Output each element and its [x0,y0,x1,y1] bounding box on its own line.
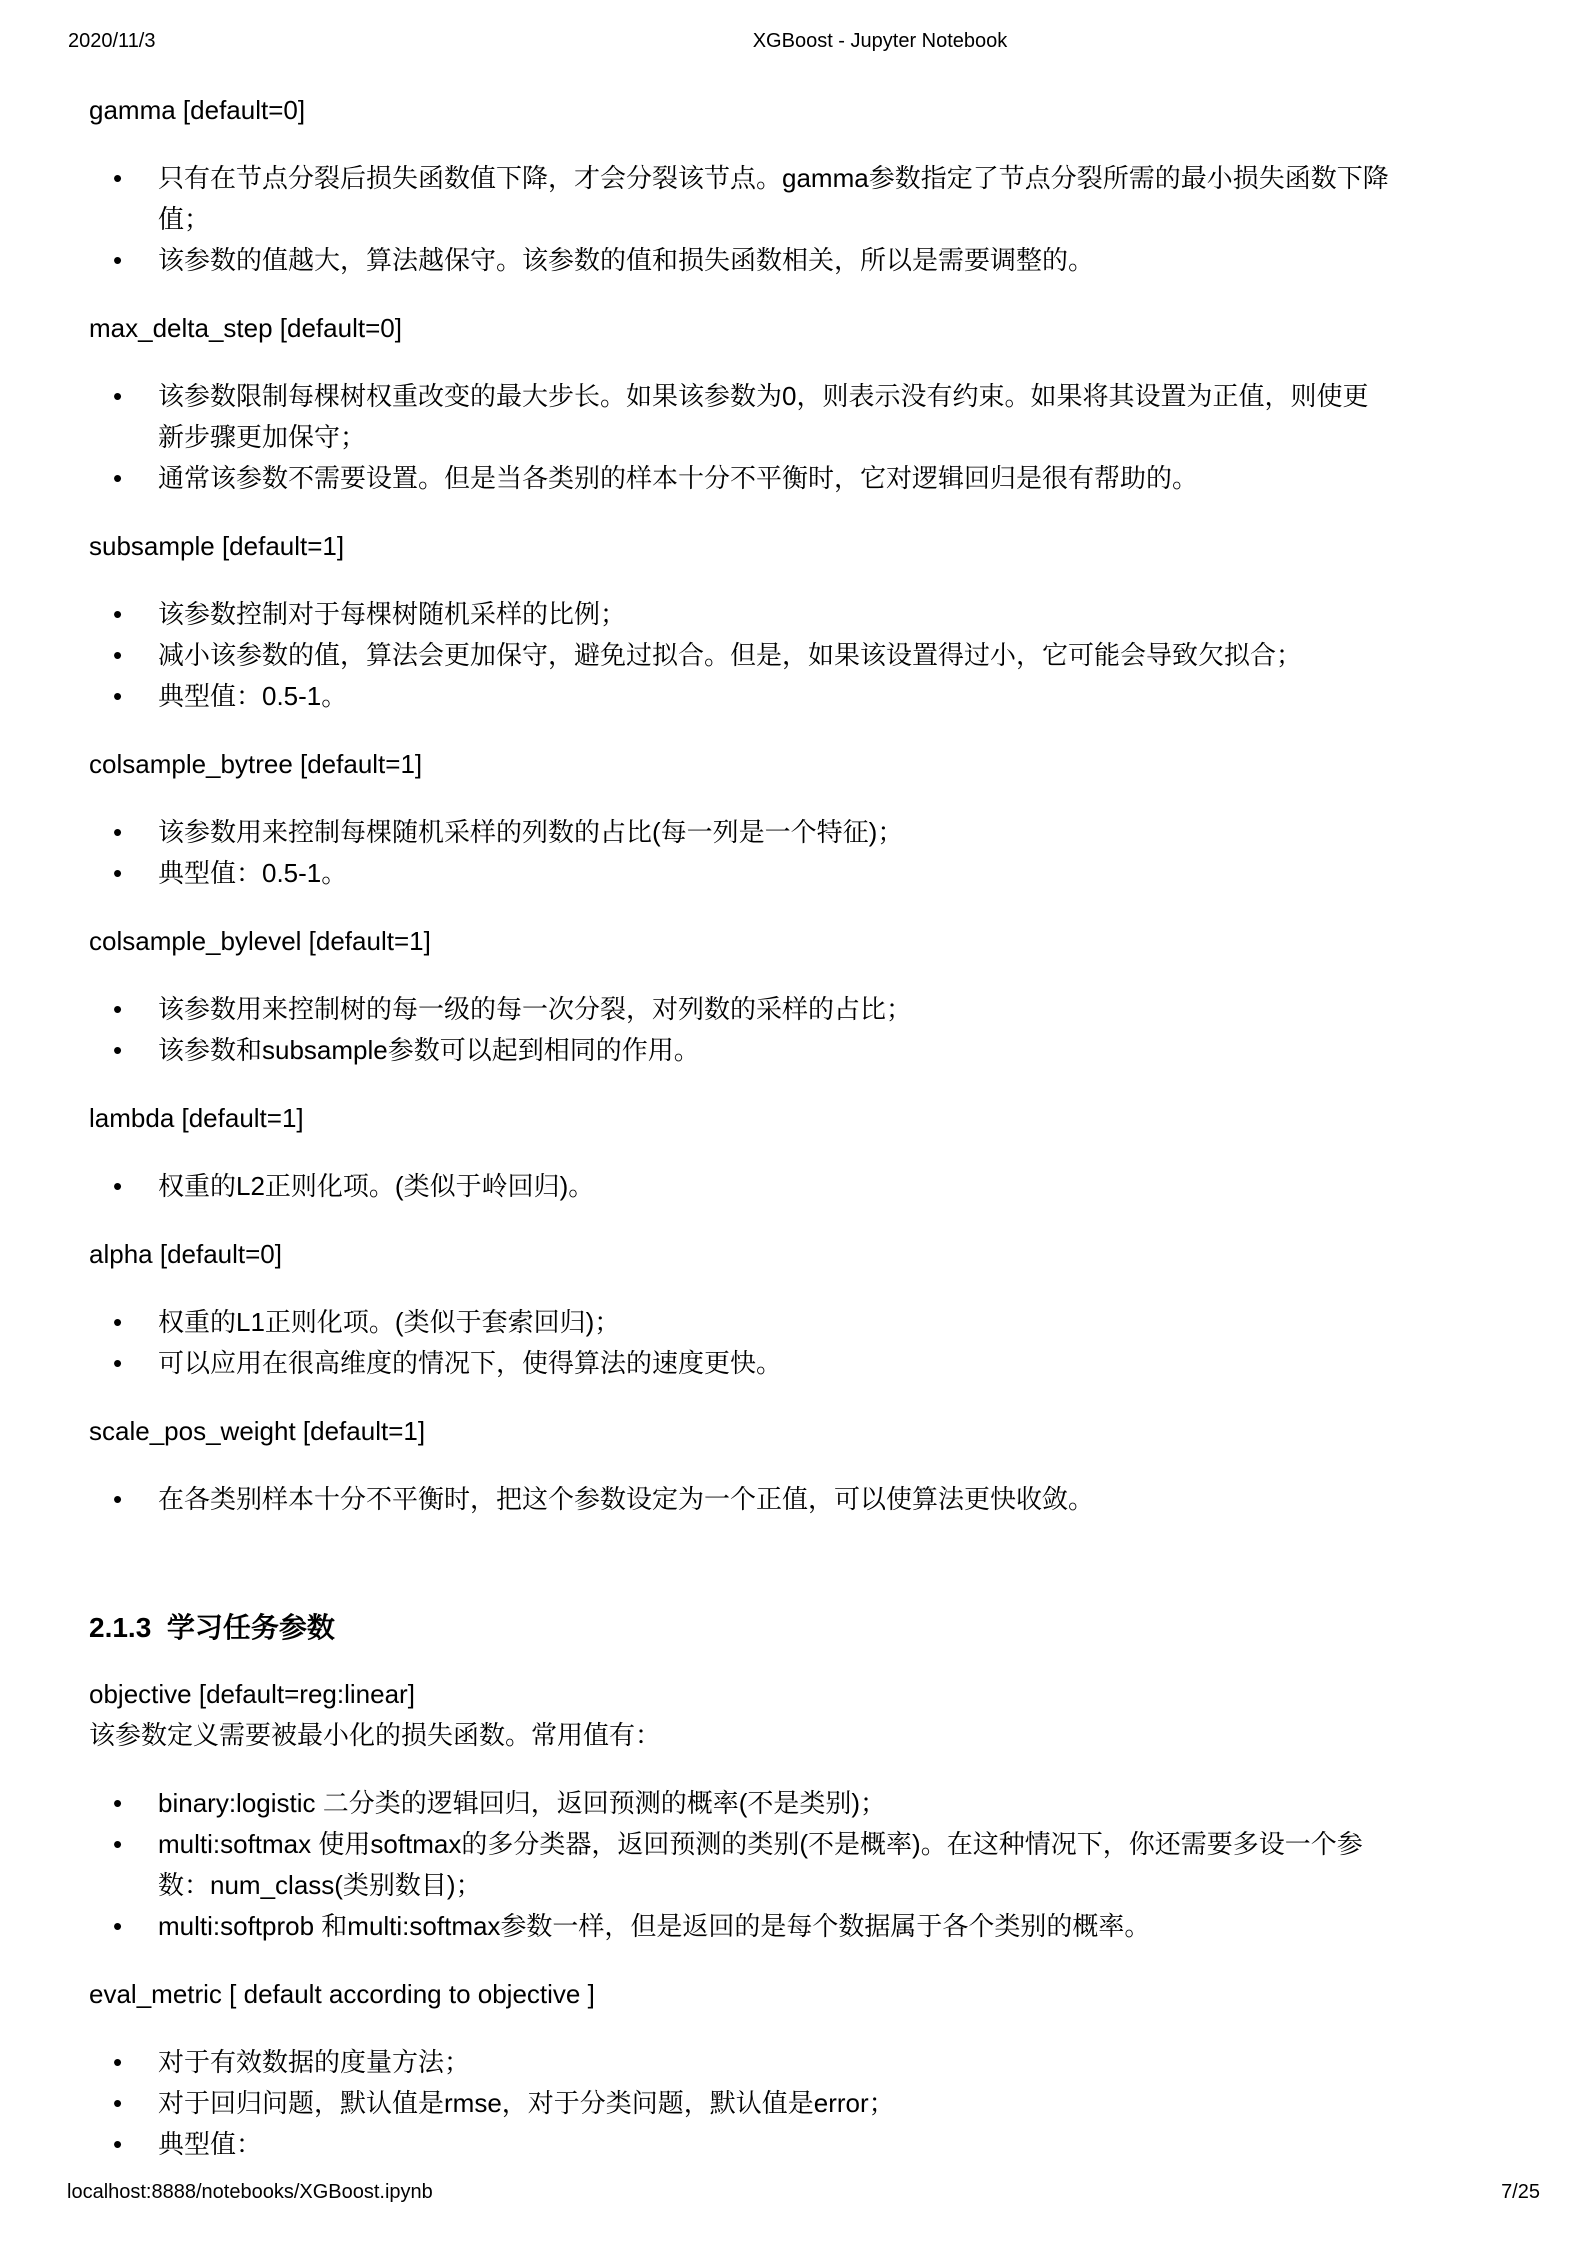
bullet-list: 该参数用来控制每棵随机采样的列数的占比(每一列是一个特征)；典型值：0.5-1。 [89,812,1491,894]
bullet-list: 权重的L1正则化项。(类似于套索回归)；可以应用在很高维度的情况下，使得算法的速… [89,1302,1491,1384]
bullet-item: 该参数和subsample参数可以起到相同的作用。 [89,1030,1491,1071]
bullet-item: 通常该参数不需要设置。但是当各类别的样本十分不平衡时，它对逻辑回归是很有帮助的。 [89,458,1491,499]
footer-page-number: 7/25 [1501,2177,1540,2207]
page-header: 2020/11/3 XGBoost - Jupyter Notebook [0,26,1586,56]
bullet-item: 该参数的值越大，算法越保守。该参数的值和损失函数相关，所以是需要调整的。 [89,240,1491,281]
bullet-item: 在各类别样本十分不平衡时，把这个参数设定为一个正值，可以使算法更快收敛。 [89,1479,1491,1520]
bullet-item: 权重的L1正则化项。(类似于套索回归)； [89,1302,1491,1343]
bullet-list: 该参数限制每棵树权重改变的最大步长。如果该参数为0，则表示没有约束。如果将其设置… [89,376,1491,499]
param-heading: eval_metric [ default according to objec… [89,1974,1491,2015]
bullet-list: 对于有效数据的度量方法；对于回归问题，默认值是rmse，对于分类问题，默认值是e… [89,2042,1491,2165]
bullet-list: 在各类别样本十分不平衡时，把这个参数设定为一个正值，可以使算法更快收敛。 [89,1479,1491,1520]
printed-notebook-page: 2020/11/3 XGBoost - Jupyter Notebook gam… [0,0,1586,2245]
param-heading: alpha [default=0] [89,1234,1491,1275]
bullet-item: 该参数限制每棵树权重改变的最大步长。如果该参数为0，则表示没有约束。如果将其设置… [89,376,1491,458]
param-heading: lambda [default=1] [89,1098,1491,1139]
page-footer: localhost:8888/notebooks/XGBoost.ipynb 7… [0,2177,1586,2207]
param-heading: colsample_bytree [default=1] [89,744,1491,785]
footer-url: localhost:8888/notebooks/XGBoost.ipynb [67,2177,433,2207]
bullet-list: binary:logistic 二分类的逻辑回归，返回预测的概率(不是类别)；m… [89,1783,1491,1947]
bullet-item: 只有在节点分裂后损失函数值下降，才会分裂该节点。gamma参数指定了节点分裂所需… [89,158,1491,240]
param-heading: subsample [default=1] [89,526,1491,567]
param-heading: colsample_bylevel [default=1] [89,921,1491,962]
param-heading: objective [default=reg:linear] 该参数定义需要被最… [89,1674,1491,1756]
bullet-item: 典型值： [89,2124,1491,2165]
header-date: 2020/11/3 [68,26,156,56]
document-content: gamma [default=0]只有在节点分裂后损失函数值下降，才会分裂该节点… [89,90,1491,2192]
bullet-item: 该参数用来控制每棵随机采样的列数的占比(每一列是一个特征)； [89,812,1491,853]
bullet-item: 典型值：0.5-1。 [89,676,1491,717]
bullet-list: 只有在节点分裂后损失函数值下降，才会分裂该节点。gamma参数指定了节点分裂所需… [89,158,1491,281]
bullet-item: 可以应用在很高维度的情况下，使得算法的速度更快。 [89,1343,1491,1384]
bullet-item: 对于回归问题，默认值是rmse，对于分类问题，默认值是error； [89,2083,1491,2124]
bullet-item: multi:softprob 和multi:softmax参数一样，但是返回的是… [89,1906,1491,1947]
bullet-item: 典型值：0.5-1。 [89,853,1491,894]
bullet-item: 该参数控制对于每棵树随机采样的比例； [89,594,1491,635]
header-title: XGBoost - Jupyter Notebook [753,26,1008,56]
bullet-item: 该参数用来控制树的每一级的每一次分裂，对列数的采样的占比； [89,989,1491,1030]
bullet-list: 该参数控制对于每棵树随机采样的比例；减小该参数的值，算法会更加保守，避免过拟合。… [89,594,1491,717]
section-heading: 2.1.3 学习任务参数 [89,1605,1491,1651]
bullet-item: 对于有效数据的度量方法； [89,2042,1491,2083]
bullet-item: 减小该参数的值，算法会更加保守，避免过拟合。但是，如果该设置得过小，它可能会导致… [89,635,1491,676]
param-heading: max_delta_step [default=0] [89,308,1491,349]
bullet-item: multi:softmax 使用softmax的多分类器，返回预测的类别(不是概… [89,1824,1491,1906]
bullet-item: binary:logistic 二分类的逻辑回归，返回预测的概率(不是类别)； [89,1783,1491,1824]
param-heading: scale_pos_weight [default=1] [89,1411,1491,1452]
param-heading: gamma [default=0] [89,90,1491,131]
bullet-list: 权重的L2正则化项。(类似于岭回归)。 [89,1166,1491,1207]
bullet-item: 权重的L2正则化项。(类似于岭回归)。 [89,1166,1491,1207]
bullet-list: 该参数用来控制树的每一级的每一次分裂，对列数的采样的占比；该参数和subsamp… [89,989,1491,1071]
